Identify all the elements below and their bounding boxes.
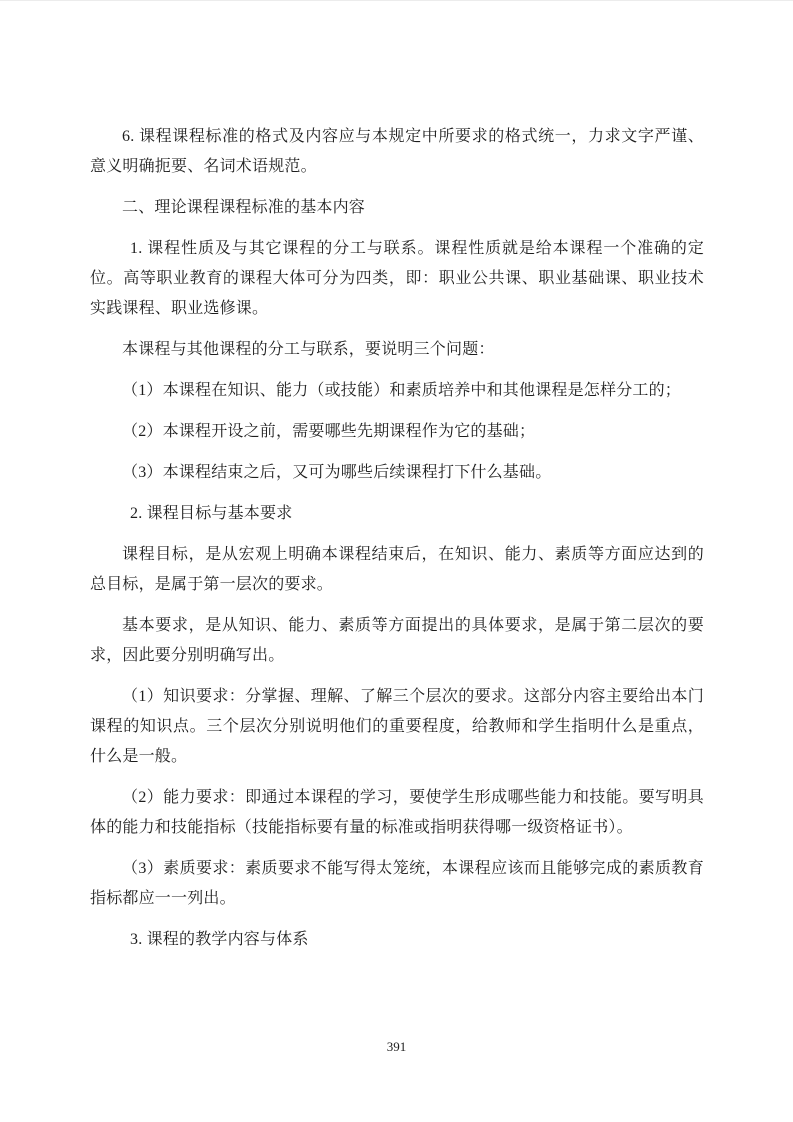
document-page: 6. 课程课程标准的格式及内容应与本规定中所要求的格式统一，力求文字严谨、意义明… [0,0,793,1122]
paragraph: （2）本课程开设之前，需要哪些先期课程作为它的基础； [90,417,704,447]
paragraph: 二、理论课程课程标准的基本内容 [90,193,704,223]
paragraph: 2. 课程目标与基本要求 [90,499,704,529]
paragraph: （3）本课程结束之后，又可为哪些后续课程打下什么基础。 [90,458,704,488]
page-number: 391 [0,1039,793,1055]
paragraph: 1. 课程性质及与其它课程的分工与联系。课程性质就是给本课程一个准确的定位。高等… [90,234,704,324]
paragraph: 3. 课程的教学内容与体系 [90,925,704,955]
paragraph: 基本要求，是从知识、能力、素质等方面提出的具体要求，是属于第二层次的要求，因此要… [90,611,704,671]
paragraph: 本课程与其他课程的分工与联系，要说明三个问题： [90,335,704,365]
paragraph: （1）知识要求：分掌握、理解、了解三个层次的要求。这部分内容主要给出本门课程的知… [90,682,704,772]
paragraph: （2）能力要求：即通过本课程的学习，要使学生形成哪些能力和技能。要写明具体的能力… [90,783,704,843]
paragraph: 课程目标，是从宏观上明确本课程结束后，在知识、能力、素质等方面应达到的总目标，是… [90,540,704,600]
paragraph: （1）本课程在知识、能力（或技能）和素质培养中和其他课程是怎样分工的； [90,376,704,406]
document-content: 6. 课程课程标准的格式及内容应与本规定中所要求的格式统一，力求文字严谨、意义明… [90,122,704,966]
paragraph: 6. 课程课程标准的格式及内容应与本规定中所要求的格式统一，力求文字严谨、意义明… [90,122,704,182]
paragraph: （3）素质要求：素质要求不能写得太笼统，本课程应该而且能够完成的素质教育指标都应… [90,854,704,914]
